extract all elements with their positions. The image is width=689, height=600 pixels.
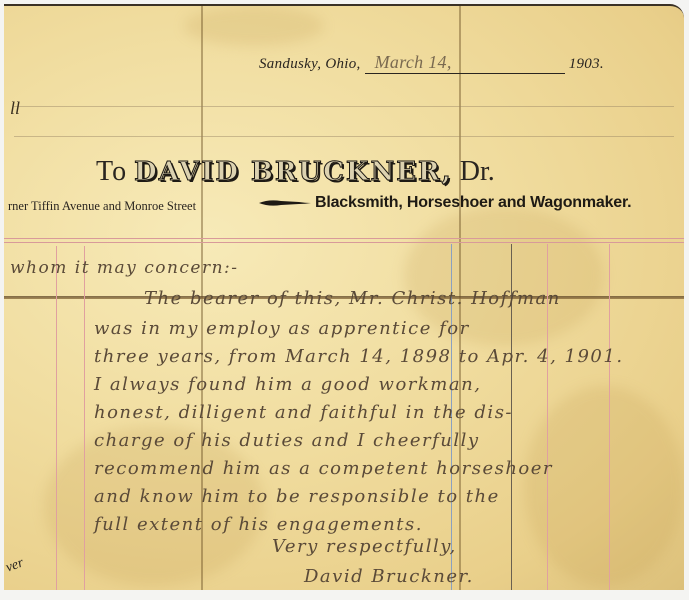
letter-paper: Sandusky, Ohio, March 14, 1903. ll To DA… — [4, 4, 684, 590]
place-label: Sandusky, Ohio, — [259, 56, 361, 72]
margin-mark: ll — [10, 98, 20, 119]
salutation: whom it may concern:- — [10, 258, 239, 278]
letter-line: three years, from March 14, 1898 to Apr.… — [94, 346, 624, 367]
trade-text: Blacksmith, Horseshoer and Wagonmaker. — [315, 194, 631, 211]
letter-line: recommend him as a competent horseshoer — [94, 458, 553, 479]
closing: Very respectfully, — [272, 536, 457, 557]
edge-note: ver — [4, 555, 26, 576]
business-address: rner Tiffin Avenue and Monroe Street — [8, 199, 196, 214]
business-trade: Blacksmith, Horseshoer and Wagonmaker. — [259, 194, 631, 212]
letter-line: and know him to be responsible to the — [94, 486, 500, 507]
pointing-hand-icon — [259, 199, 311, 207]
dr-suffix: Dr. — [460, 156, 495, 187]
dateline: Sandusky, Ohio, March 14, 1903. — [259, 52, 604, 74]
business-name: DAVID BRUCKNER, — [134, 157, 453, 187]
handwritten-date: March 14, — [365, 52, 565, 74]
letter-line: honest, dilligent and faithful in the di… — [94, 402, 513, 423]
letter-line: The bearer of this, Mr. Christ. Hoffman — [144, 288, 561, 309]
signature: David Bruckner. — [304, 566, 474, 587]
letter-line: charge of his duties and I cheerfully — [94, 430, 480, 451]
to-word: To — [96, 156, 127, 187]
letterhead-title: To DAVID BRUCKNER, Dr. — [96, 156, 495, 188]
letter-line: was in my employ as apprentice for — [94, 318, 470, 339]
year-handwritten: 3. — [592, 56, 604, 72]
letter-line: I always found him a good workman, — [94, 374, 481, 395]
year-printed: 190 — [569, 56, 592, 72]
letter-line: full extent of his engagements. — [94, 514, 423, 535]
